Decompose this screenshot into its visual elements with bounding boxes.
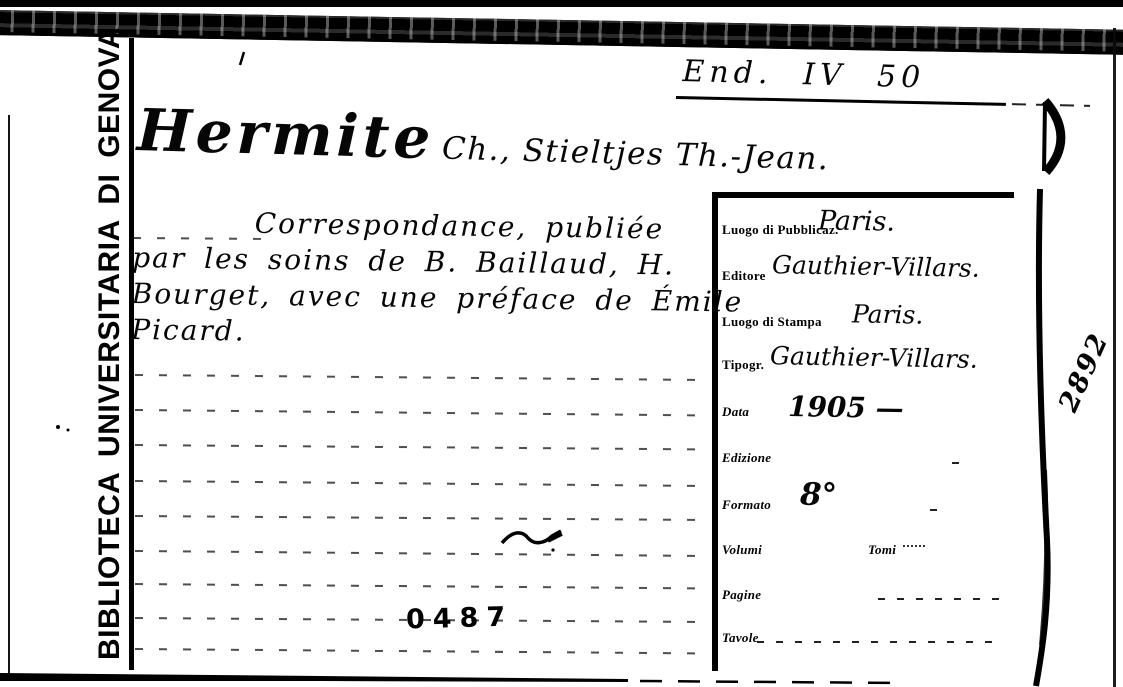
- field-leader-tomi: [903, 545, 925, 547]
- field-value-luogo-pubblicaz: Paris.: [818, 205, 896, 237]
- field-value-formato: 8°: [800, 477, 838, 514]
- card-behind-edge-curve: [1036, 189, 1048, 686]
- ruling-line: [135, 444, 707, 450]
- card-behind-edge-curve-thick: [1041, 470, 1046, 645]
- shelfmark-underline: [676, 96, 1006, 106]
- field-value-data: 1905 —: [788, 390, 904, 425]
- shelfmark-handwritten: End. IV 50: [682, 54, 926, 95]
- catalog-card-scan: BIBLIOTECA UNIVERSITARIA DI GENOVA End. …: [0, 0, 1123, 687]
- scan-top-speckle-band: [0, 10, 1123, 55]
- field-value-luogo-stampa: Paris.: [852, 299, 924, 329]
- ruling-line: [135, 480, 707, 487]
- ruling-line: [135, 550, 707, 557]
- field-label-luogo-stampa: Luogo di Stampa: [722, 314, 822, 330]
- field-leader-edizione: [952, 462, 970, 464]
- scan-top-edge-bar: [0, 0, 1123, 7]
- author-name-rest: Ch., Stieltjes Th.-Jean.: [442, 131, 830, 178]
- accession-stamp-number: 0487: [406, 602, 514, 636]
- field-leader-tavole: [757, 641, 995, 643]
- field-label-editore: Editore: [722, 268, 766, 284]
- bracket-mark: [1044, 101, 1061, 172]
- side-inventory-number: 2892: [1053, 328, 1115, 417]
- ruling-line: [135, 515, 707, 521]
- author-name-main: Hermite: [136, 96, 435, 172]
- library-name-vertical-label: BIBLIOTECA UNIVERSITARIA DI GENOVA: [88, 55, 132, 660]
- scan-right-edge-line: [1113, 28, 1116, 687]
- ink-dot: [56, 425, 60, 429]
- ink-dot: [67, 429, 70, 432]
- field-value-tipogr: Gauthier-Villars.: [770, 341, 978, 374]
- ruling-line: [135, 374, 707, 381]
- scan-bottom-dashes: [640, 681, 905, 683]
- field-leader-formato: [930, 509, 940, 511]
- field-value-editore: Gauthier-Villars.: [772, 250, 980, 283]
- field-label-pagine: Pagine: [722, 587, 761, 603]
- field-label-tomi: Tomi: [868, 542, 896, 558]
- description-paragraph: Correspondance, publiée par les soins de…: [131, 204, 733, 356]
- field-label-tavole: Tavole: [722, 630, 759, 646]
- field-leader-pagine: [878, 598, 1006, 600]
- shelfmark-underline-faint: [1012, 103, 1090, 107]
- ruling-line: [135, 648, 707, 654]
- ink-dot: [551, 548, 554, 551]
- scan-left-edge-line: [8, 115, 10, 677]
- field-label-edizione: Edizione: [722, 450, 771, 466]
- ruling-line: [135, 409, 707, 416]
- scan-bottom-line: [0, 673, 628, 682]
- card-left-rule: [129, 38, 134, 670]
- field-label-volumi: Volumi: [722, 542, 762, 558]
- field-label-data: Data: [722, 404, 749, 420]
- ruling-line: [135, 583, 707, 589]
- field-label-tipogr: Tipogr.: [722, 357, 764, 373]
- squiggle-mark: [502, 531, 562, 543]
- stray-apostrophe: [240, 52, 244, 65]
- field-label-formato: Formato: [722, 497, 771, 513]
- title-line: HermiteCh., Stieltjes Th.-Jean.: [136, 96, 830, 183]
